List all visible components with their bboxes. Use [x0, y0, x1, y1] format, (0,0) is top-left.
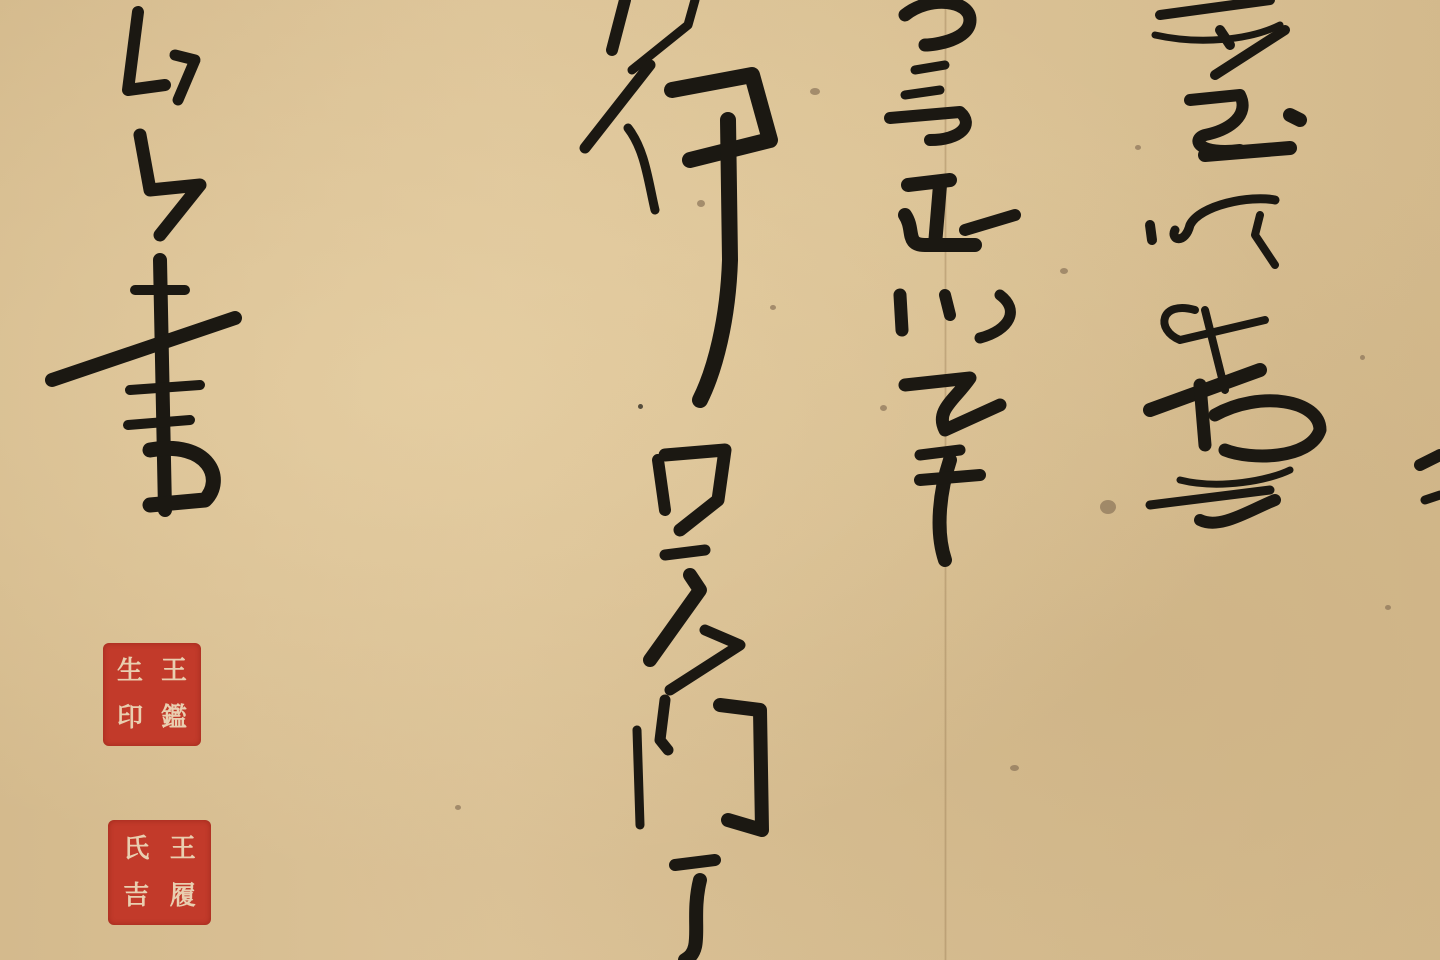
- calligraphy-column-far-right: [1150, 0, 1440, 523]
- red-seal-lower: 氏 王 吉 履: [108, 820, 211, 925]
- seal-char: 印: [109, 696, 151, 741]
- seal-char: 氏: [114, 826, 159, 872]
- seal-char: 鑑: [153, 696, 195, 741]
- seal-char: 王: [161, 826, 206, 872]
- seal-char: 吉: [114, 874, 159, 920]
- calligraphy-ink-layer: [0, 0, 1440, 960]
- seal-char: 履: [161, 874, 206, 920]
- calligraphy-column-center-right: [890, 2, 1015, 560]
- calligraphy-column-left: [52, 12, 235, 510]
- seal-char: 王: [153, 649, 195, 694]
- calligraphy-column-center-left: [585, 0, 770, 960]
- seal-char: 生: [109, 649, 151, 694]
- red-seal-upper: 生 王 印 鑑: [103, 643, 201, 746]
